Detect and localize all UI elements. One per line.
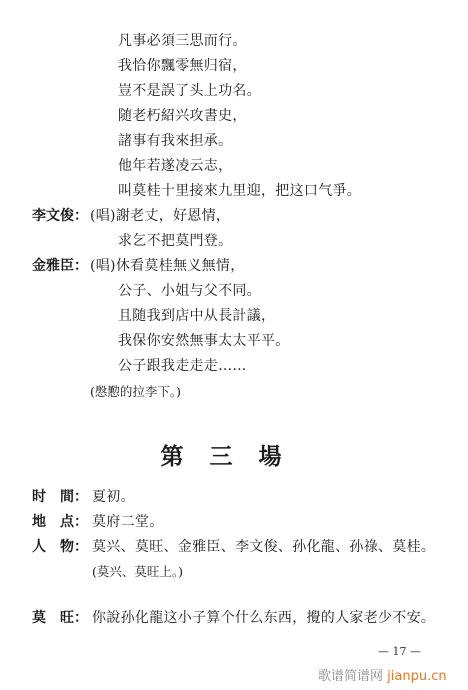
dialogue-line: 且随我到店中从長計議， [118, 307, 275, 325]
verse-line: 我恰你飄零無归宿， [118, 57, 247, 75]
verse-line: 随老朽紹兴攻書史， [118, 107, 247, 125]
verse-line: 凡事必須三思而行。 [118, 32, 247, 50]
dialogue-line: 公子、小姐与父不同。 [118, 282, 261, 300]
scene-info-label: 时 間： [32, 488, 88, 506]
scene-title: 第三場 [0, 438, 468, 471]
page-number: — 17 — [378, 645, 421, 658]
dialogue-line: 你說孙化龍这小子算个什么东西，攪的人家老少不安。 [92, 609, 435, 627]
verse-line: 豈不是誤了头上功名。 [118, 82, 261, 100]
verse-line: 諸事有我來担承。 [118, 132, 232, 150]
speaker-jin-yachen: 金雅臣： [32, 257, 88, 275]
scene-info-label: 地 点： [32, 513, 88, 531]
watermark-en: jianpu.cn [387, 669, 446, 684]
stage-direction: (慇懃的拉李下。) [90, 383, 181, 401]
verse-line: 他年若遂凌云志， [118, 157, 232, 175]
watermark: 歌谱简谱网 jianpu.cn [318, 665, 447, 684]
speaker-li-wenjun: 李文俊： [32, 207, 88, 225]
dialogue-line: (唱)謝老丈，好恩情， [90, 207, 230, 225]
dialogue-line: 求乞不把莫門登。 [118, 232, 232, 250]
speaker-mo-wang: 莫 旺： [32, 609, 88, 627]
dialogue-line: 我保你安然無事太太平平。 [118, 332, 290, 350]
dialogue-line: (唱)休看莫桂無义無情， [90, 257, 245, 275]
scene-info-value: 莫兴、莫旺、金雅臣、李文俊、孙化龍、孙祿、莫桂。 [92, 538, 435, 556]
scene-info-label: 人 物： [32, 538, 88, 556]
scene-info-value: 莫府二堂。 [92, 513, 164, 531]
dialogue-line: 公子跟我走走走…… [118, 357, 247, 375]
stage-direction: (莫兴、莫旺上。) [92, 563, 183, 581]
verse-line: 叫莫桂十里接來九里迎，把这口气爭。 [118, 182, 361, 200]
watermark-cn: 歌谱简谱网 [318, 669, 383, 684]
scene-info-value: 夏初。 [92, 488, 135, 506]
